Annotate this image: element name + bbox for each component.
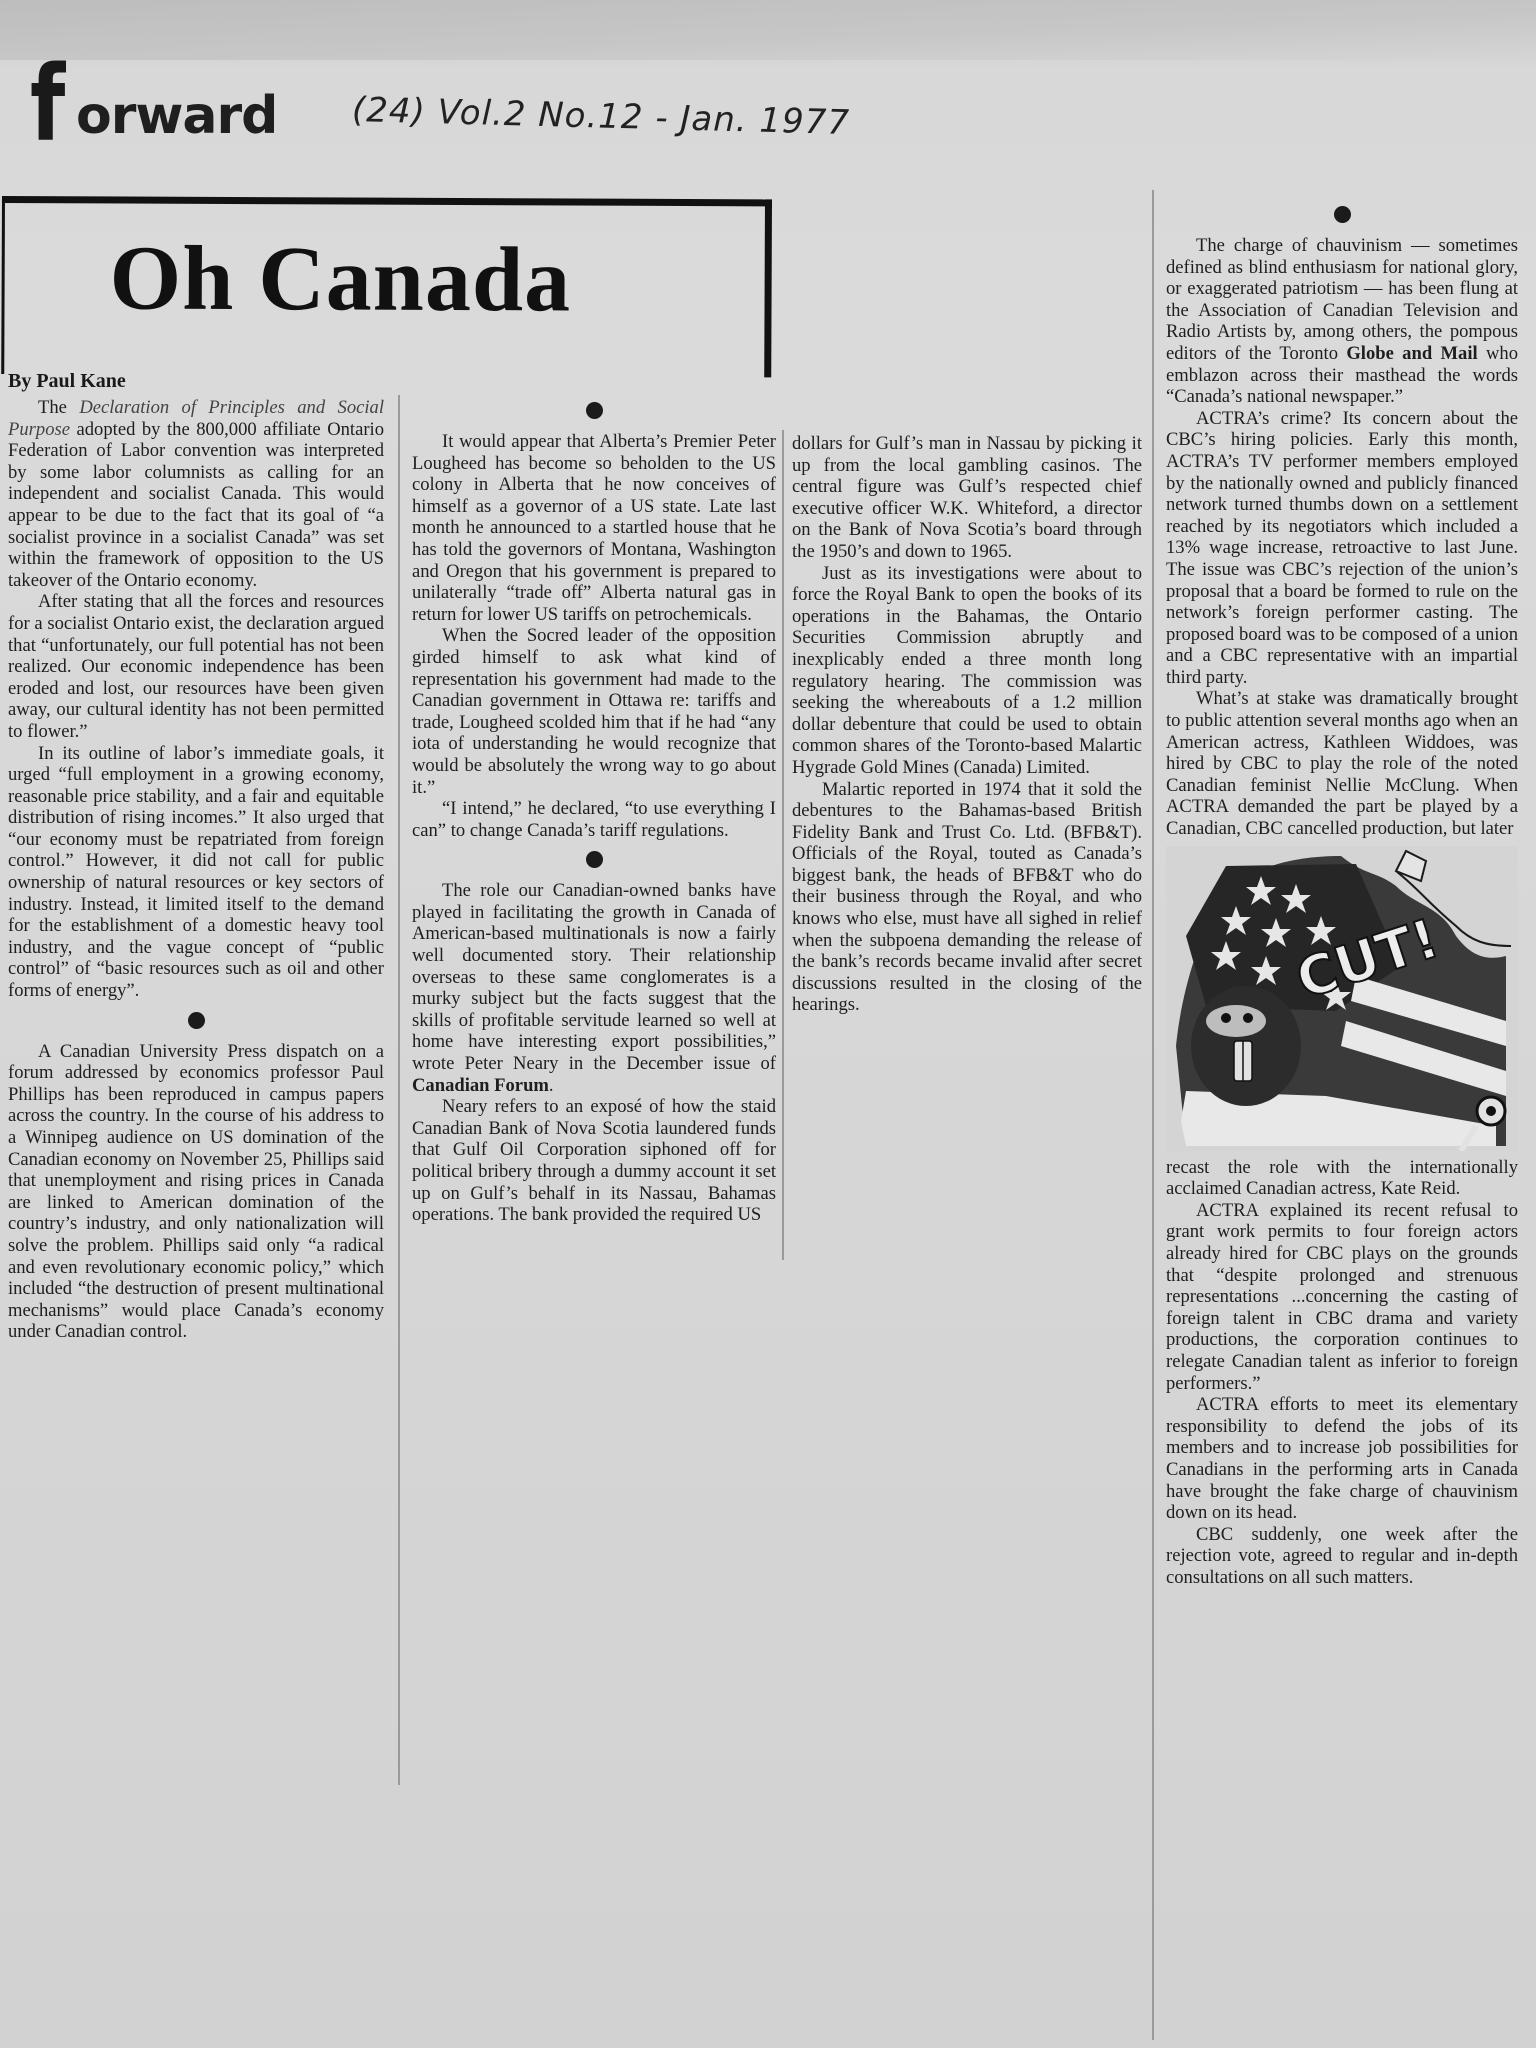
masthead-logo-initial: f <box>30 62 61 146</box>
column-rule <box>1152 190 1154 2040</box>
article-paragraph: Malartic reported in 1974 that it sold t… <box>792 779 1142 1017</box>
article-column-3: dollars for Gulf’s man in Nassau by pick… <box>792 433 1142 1016</box>
article-paragraph: The role our Canadian-owned banks have p… <box>412 880 776 1096</box>
scan-background-strip <box>0 0 1536 60</box>
article-paragraph: A Canadian University Press dispatch on … <box>8 1041 384 1343</box>
article-paragraph: Neary refers to an exposé of how the sta… <box>412 1096 776 1226</box>
newspaper-clipping: f orward (24) Vol.2 No.12 - Jan. 1977 Oh… <box>0 0 1536 2048</box>
article-paragraph: In its outline of labor’s immediate goal… <box>8 743 384 1002</box>
article-paragraph: The charge of chauvinism — sometimes def… <box>1166 235 1518 408</box>
paragraph-text: . <box>549 1075 554 1096</box>
paragraph-text: adopted by the 800,000 affiliate Ontario… <box>8 419 384 591</box>
paragraph-text: The role our Canadian-owned banks have p… <box>412 880 776 1074</box>
article-headline: Oh Canada <box>109 227 571 329</box>
article-byline: By Paul Kane <box>8 370 126 393</box>
column-rule <box>782 430 784 1260</box>
column-rule <box>398 395 400 1785</box>
article-paragraph: dollars for Gulf’s man in Nassau by pick… <box>792 433 1142 563</box>
article-paragraph: ACTRA explained its recent refusal to gr… <box>1166 1200 1518 1394</box>
masthead: f orward <box>30 56 277 146</box>
headline-frame: Oh Canada <box>1 196 772 377</box>
article-paragraph: ACTRA efforts to meet its elementary res… <box>1166 1394 1518 1524</box>
publication-title: Globe and Mail <box>1346 343 1477 364</box>
article-paragraph: CBC suddenly, one week after the rejecti… <box>1166 1524 1518 1589</box>
section-bullet-icon <box>188 1012 205 1029</box>
article-column-1: The Declaration of Principles and Social… <box>8 397 384 1343</box>
article-column-4: The charge of chauvinism — sometimes def… <box>1166 196 1518 1589</box>
section-bullet-icon <box>586 851 603 868</box>
article-paragraph: After stating that all the forces and re… <box>8 591 384 742</box>
handwritten-issue-note: (24) Vol.2 No.12 - Jan. 1977 <box>351 90 850 143</box>
beaver-flag-cartoon-illustration: CUT! <box>1166 846 1518 1151</box>
masthead-logo-text: orward <box>76 86 277 146</box>
article-paragraph: recast the role with the internationally… <box>1166 1157 1518 1200</box>
editorial-cartoon: CUT! <box>1166 846 1518 1151</box>
article-paragraph: Just as its investigations were about to… <box>792 563 1142 779</box>
paragraph-text: The <box>38 397 79 418</box>
article-paragraph: When the Socred leader of the opposition… <box>412 625 776 798</box>
article-column-2: It would appear that Alberta’s Premier P… <box>412 392 776 1226</box>
section-bullet-icon <box>586 402 603 419</box>
section-bullet-icon <box>1334 206 1351 223</box>
publication-title: Canadian Forum <box>412 1075 549 1096</box>
article-paragraph: “I intend,” he declared, “to use everyth… <box>412 798 776 841</box>
article-paragraph: ACTRA’s crime? Its concern about the CBC… <box>1166 408 1518 689</box>
article-paragraph: It would appear that Alberta’s Premier P… <box>412 431 776 625</box>
article-paragraph: What’s at stake was dramatically brought… <box>1166 688 1518 839</box>
article-paragraph: The Declaration of Principles and Social… <box>8 397 384 591</box>
